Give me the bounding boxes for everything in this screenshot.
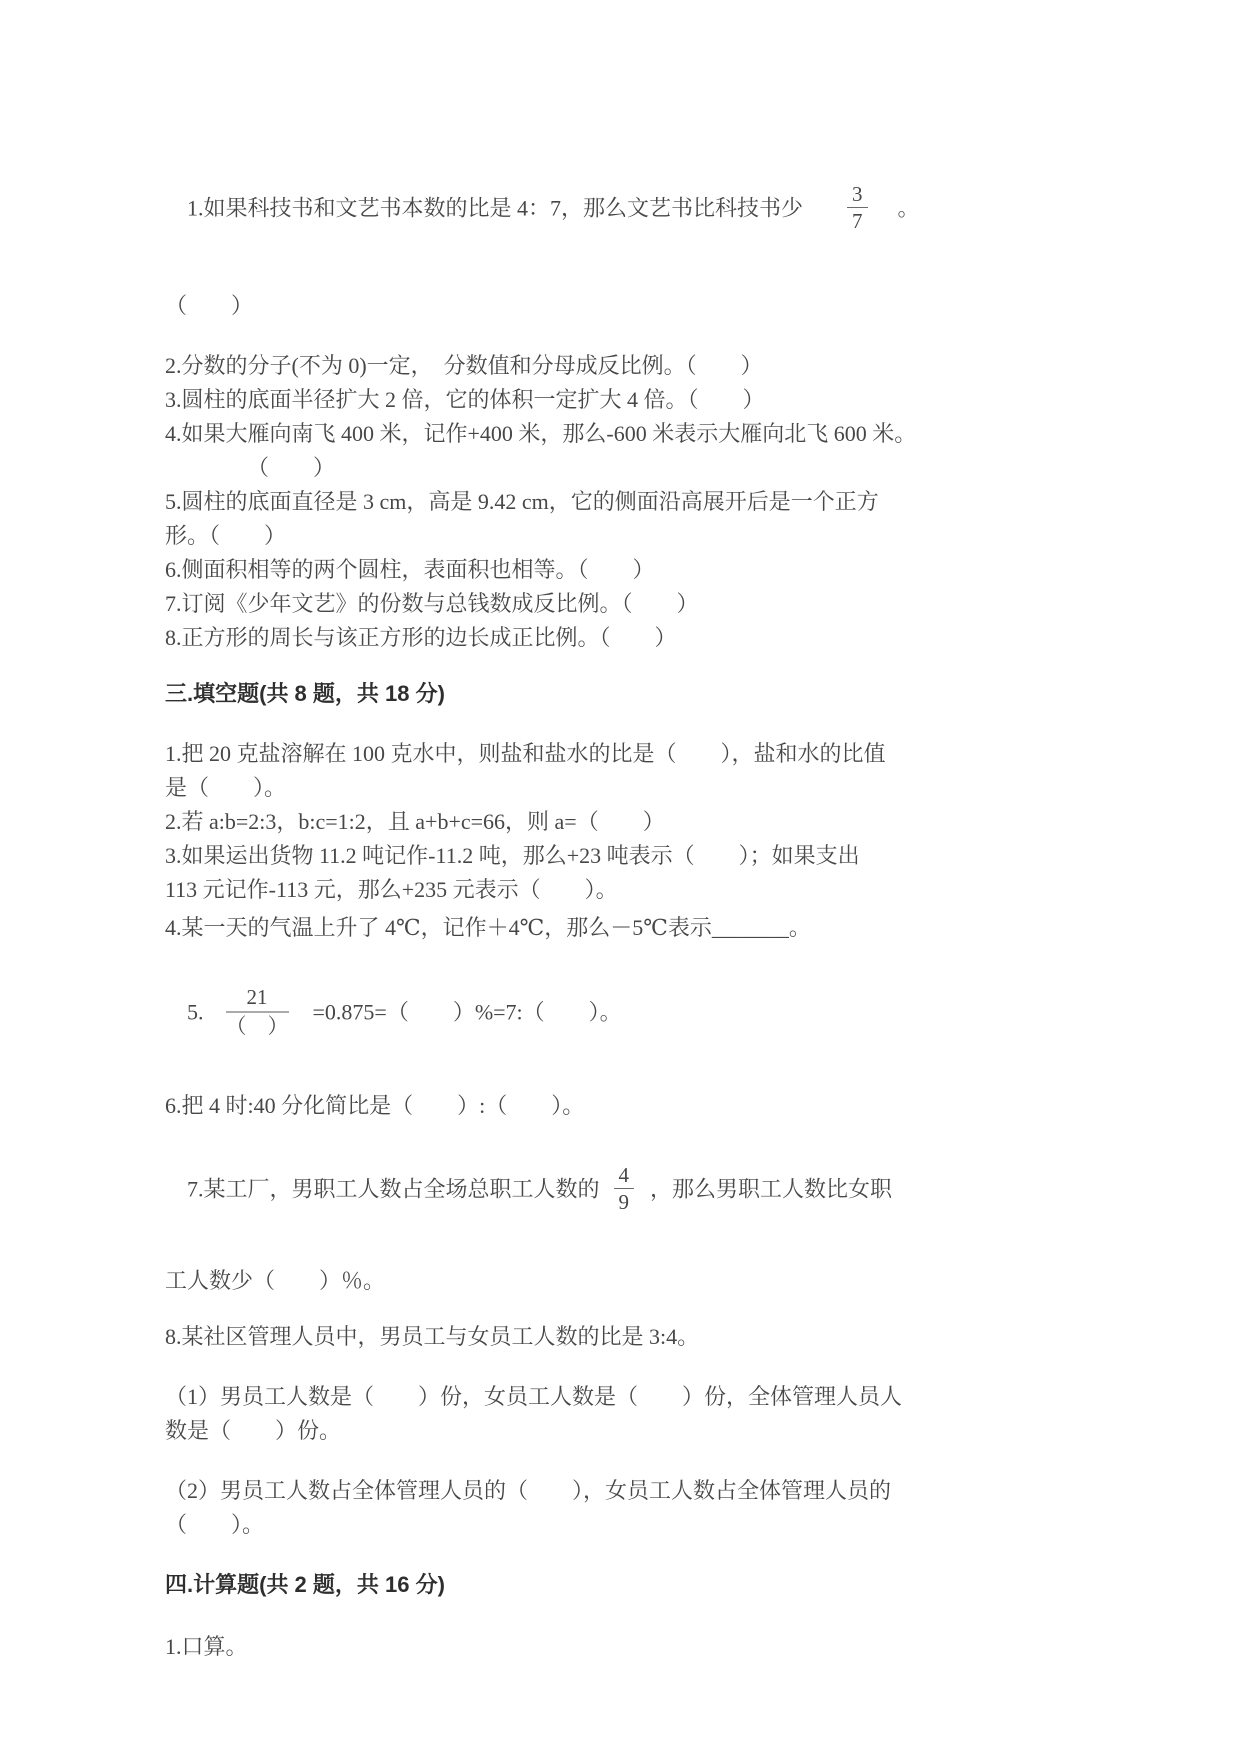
judge-q8: 8.正方形的周长与该正方形的边长成正比例。（ ） [165, 621, 1121, 655]
fraction-numerator: 4 [614, 1163, 635, 1189]
fill-q8-sub1-line2: 数是（ ）份。 [165, 1414, 1121, 1448]
judge-q1-answer-blank: （ ） [165, 289, 1121, 323]
judge-q3: 3.圆柱的底面半径扩大 2 倍，它的体积一定扩大 4 倍。（ ） [165, 383, 1121, 417]
fill-q4: 4.某一天的气温上升了 4℃，记作＋4℃，那么－5℃表示_______。 [165, 911, 1121, 945]
fill-q7-line2: 工人数少（ ）％。 [165, 1264, 1121, 1298]
judge-q4-answer-blank: （ ） [165, 451, 1121, 485]
fill-q2: 2.若 a:b=2:3，b:c=1:2，且 a+b+c=66，则 a=（ ） [165, 805, 1121, 839]
fill-q6: 6.把 4 时:40 分化简比是（ ）:（ ）。 [165, 1089, 1121, 1123]
fill-q7-line1: 7.某工厂，男职工人数占全场总职工人数的49，那么男职工人数比女职 [165, 1129, 1121, 1254]
fill-q7-text: 7.某工厂，男职工人数占全场总职工人数的 [187, 1176, 600, 1201]
fill-q8-sub2-line1: （2）男员工人数占全体管理人员的（ ），女员工人数占全体管理人员的 [165, 1474, 1121, 1508]
calc-section-heading: 四.计算题(共 2 题，共 16 分) [165, 1568, 1121, 1602]
judge-q7: 7.订阅《少年文艺》的份数与总钱数成反比例。（ ） [165, 587, 1121, 621]
fill-q1-line2: 是（ ）。 [165, 771, 1121, 805]
fill-q5-number: 5. [187, 1000, 204, 1025]
fraction-denominator-blank: （ ） [226, 1013, 289, 1038]
judge-q2: 2.分数的分子(不为 0)一定， 分数值和分母成反比例。（ ） [165, 349, 1121, 383]
fill-q1-line1: 1.把 20 克盐溶解在 100 克水中，则盐和盐水的比是（ ），盐和水的比值 [165, 737, 1121, 771]
judge-q4: 4.如果大雁向南飞 400 米，记作+400 米，那么-600 米表示大雁向北飞… [165, 417, 1121, 451]
fraction-denominator: 7 [847, 208, 868, 233]
fraction-numerator: 3 [847, 182, 868, 208]
fraction-three-sevenths: 37 [847, 182, 868, 233]
exam-page: 1.如果科技书和文艺书本数的比是 4：7，那么文艺书比科技书少37。 （ ） 2… [0, 0, 1241, 1755]
judge-q1-text: 1.如果科技书和文艺书本数的比是 4：7，那么文艺书比科技书少 [187, 196, 803, 221]
fraction-four-ninths: 49 [614, 1163, 635, 1214]
fill-q5-line: 5.21（ ）=0.875=（ ）%=7:（ ）。 [165, 951, 1121, 1078]
judge-q6: 6.侧面积相等的两个圆柱，表面积也相等。（ ） [165, 553, 1121, 587]
fill-q3-line2: 113 元记作-113 元，那么+235 元表示（ ）。 [165, 873, 1121, 907]
calc-q1: 1.口算。 [165, 1630, 1121, 1664]
judge-q1-line: 1.如果科技书和文艺书本数的比是 4：7，那么文艺书比科技书少37。 [165, 148, 1121, 273]
fill-q7-text-after: ，那么男职工人数比女职 [650, 1176, 892, 1201]
fill-q8: 8.某社区管理人员中，男员工与女员工人数的比是 3:4。 [165, 1320, 1121, 1354]
fraction-numerator: 21 [226, 985, 289, 1013]
fill-q3-line1: 3.如果运出货物 11.2 吨记作-11.2 吨，那么+23 吨表示（ ）；如果… [165, 839, 1121, 873]
fill-q8-sub1-line1: （1）男员工人数是（ ）份，女员工人数是（ ）份，全体管理人员人 [165, 1380, 1121, 1414]
judge-q1-period: 。 [898, 196, 920, 221]
fill-q8-sub2-line2: （ ）。 [165, 1508, 1121, 1542]
fraction-denominator: 9 [614, 1189, 635, 1214]
fill-section-heading: 三.填空题(共 8 题，共 18 分) [165, 677, 1121, 711]
fill-q5-text: =0.875=（ ）%=7:（ ）。 [313, 1000, 622, 1025]
judge-q5-line2: 形。（ ） [165, 519, 1121, 553]
fraction-21-over-blank: 21（ ） [226, 985, 289, 1038]
judge-q5-line1: 5.圆柱的底面直径是 3 cm，高是 9.42 cm，它的侧面沿高展开后是一个正… [165, 485, 1121, 519]
